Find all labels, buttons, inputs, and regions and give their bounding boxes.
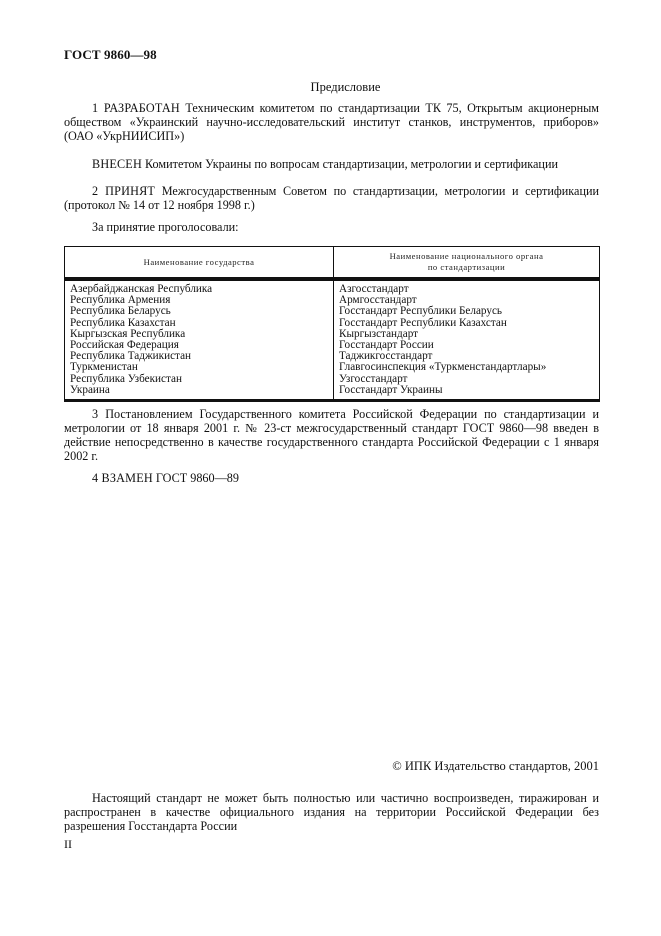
standards-body-name: Главгосинспекция «Туркменстандартлары» bbox=[339, 362, 595, 373]
standards-body-name: Госстандарт Республики Беларусь bbox=[339, 306, 595, 317]
paragraph-adopted: 2 ПРИНЯТ Межгосударственным Советом по с… bbox=[64, 184, 599, 212]
reproduction-notice: Настоящий стандарт не может быть полност… bbox=[64, 791, 599, 833]
paragraph-enacted: 3 Постановлением Государственного комите… bbox=[64, 407, 599, 463]
paragraph-text: ГОСТ 9860—89 bbox=[153, 471, 239, 485]
column-header-label-line2: по стандартизации bbox=[428, 262, 505, 272]
page-number: II bbox=[64, 837, 72, 852]
standards-bodies-cell: Азгосстандарт Армгосстандарт Госстандарт… bbox=[334, 279, 600, 401]
states-cell: Азербайджанская Республика Республика Ар… bbox=[65, 279, 334, 401]
state-name: Туркменистан bbox=[70, 362, 329, 373]
column-header-state: Наименование государства bbox=[65, 247, 334, 280]
column-header-label-line1: Наименование национального органа bbox=[390, 251, 544, 261]
paragraph-introduced: ВНЕСЕН Комитетом Украины по вопросам ста… bbox=[64, 157, 599, 171]
paragraph-lead: 4 ВЗАМЕН bbox=[92, 471, 153, 485]
state-name: Республика Беларусь bbox=[70, 306, 329, 317]
table-body-row: Азербайджанская Республика Республика Ар… bbox=[65, 279, 600, 401]
column-header-label: Наименование государства bbox=[144, 257, 255, 267]
paragraph-text: Постановлением Государственного комитета… bbox=[64, 407, 599, 463]
paragraph-developed: 1 РАЗРАБОТАН Техническим комитетом по ст… bbox=[64, 101, 599, 143]
standards-body-name: Госстандарт Украины bbox=[339, 385, 595, 396]
paragraph-lead: 1 РАЗРАБОТАН bbox=[92, 101, 180, 115]
document-page: ГОСТ 9860—98 Предисловие 1 РАЗРАБОТАН Те… bbox=[0, 0, 661, 936]
paragraph-text: Комитетом Украины по вопросам стандартиз… bbox=[142, 157, 558, 171]
copyright-notice: © ИПК Издательство стандартов, 2001 bbox=[392, 759, 599, 774]
paragraph-lead: ВНЕСЕН bbox=[92, 157, 142, 171]
voting-table: Наименование государства Наименование на… bbox=[64, 246, 600, 402]
table-header-row: Наименование государства Наименование на… bbox=[65, 247, 600, 280]
section-title: Предисловие bbox=[0, 80, 661, 95]
paragraph-voted-intro: За принятие проголосовали: bbox=[64, 220, 599, 234]
state-name: Украина bbox=[70, 385, 329, 396]
column-header-standards-body: Наименование национального органа по ста… bbox=[334, 247, 600, 280]
paragraph-lead: 2 ПРИНЯТ bbox=[92, 184, 155, 198]
document-code: ГОСТ 9860—98 bbox=[64, 47, 157, 63]
paragraph-replaces: 4 ВЗАМЕН ГОСТ 9860—89 bbox=[64, 471, 599, 485]
